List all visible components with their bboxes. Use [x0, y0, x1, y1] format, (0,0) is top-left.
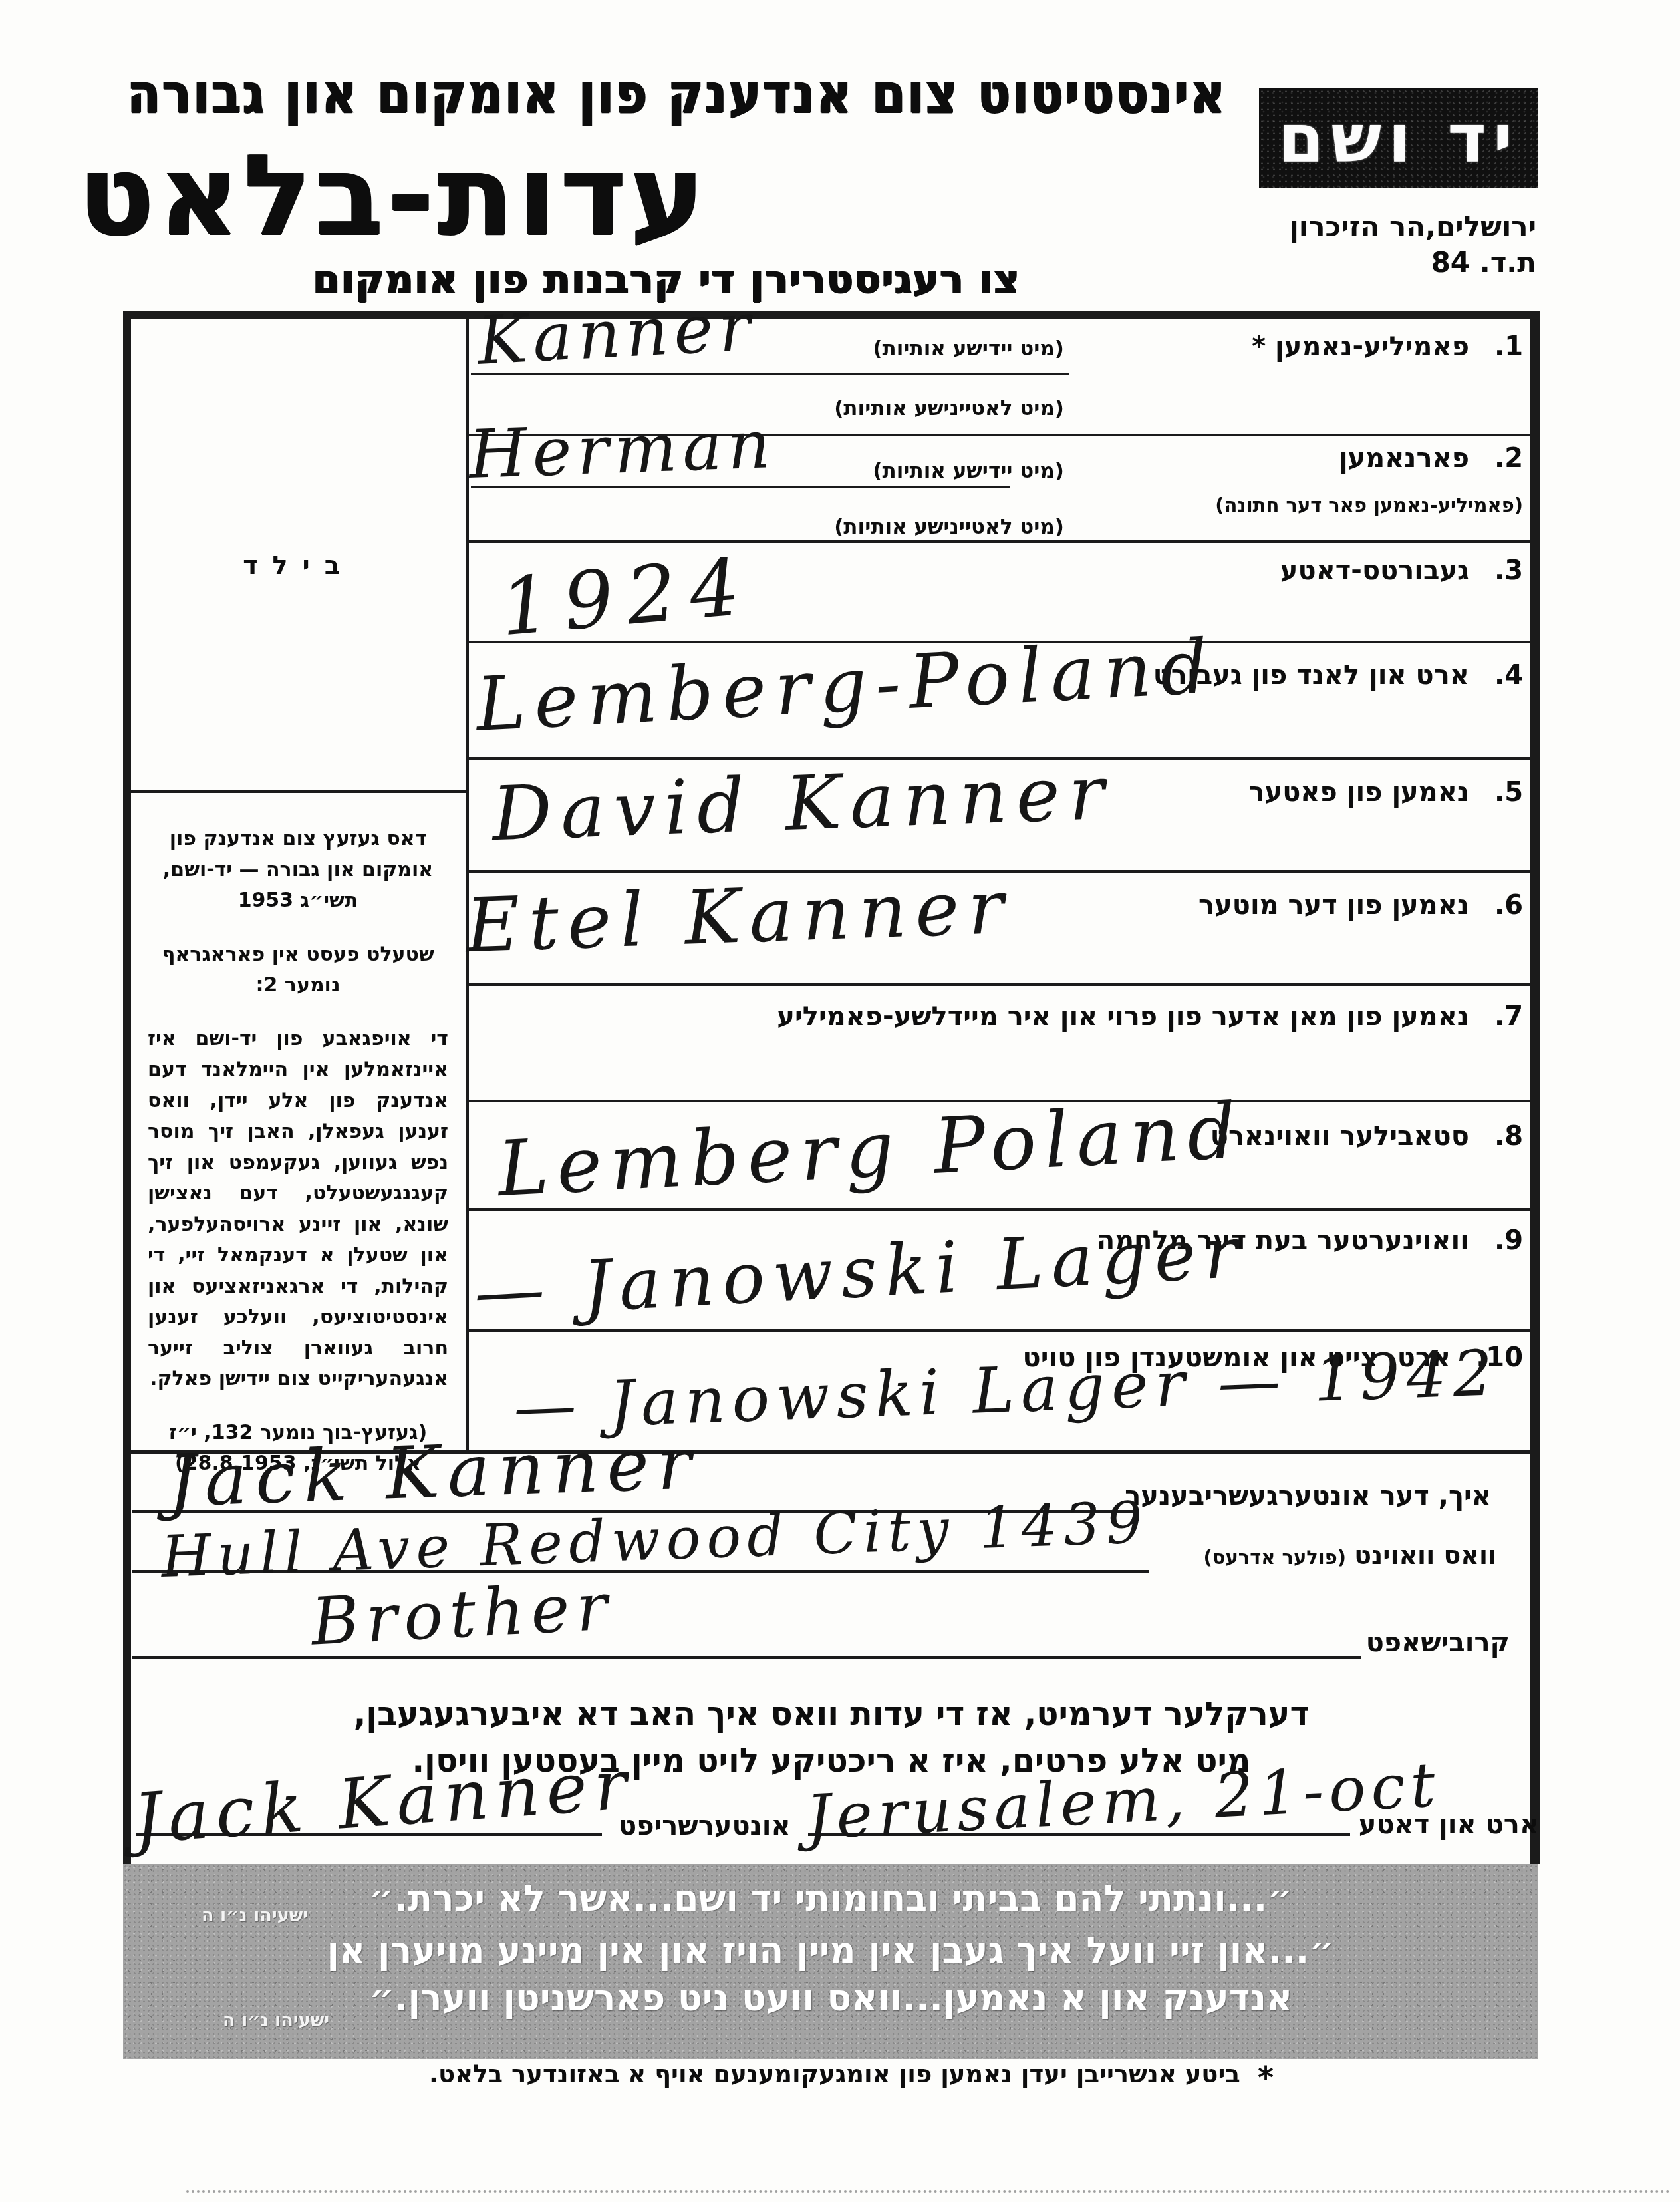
residence-label: וואס וואוינט (פולער אדרעס)	[1203, 1541, 1496, 1570]
relationship-label: קרובישאפט	[1366, 1627, 1510, 1658]
field-number: 2.	[1494, 443, 1523, 474]
field-number: 3.	[1494, 555, 1523, 586]
field-note-maiden-name: (פאמיליע-נאמען פאר דער חתונה)	[1215, 494, 1523, 516]
banner-verse-yiddish-1: ״...און זיי וועל איך געבן אין מיין הויז …	[123, 1929, 1538, 1971]
place-date-label: ארט און דאטע	[1359, 1809, 1539, 1840]
field-label-text: נאמען פון דער מוטער	[1198, 890, 1469, 921]
field-label-text: פארנאמען	[1339, 443, 1469, 474]
field-label-text: פאמיליע-נאמען *	[1252, 331, 1469, 362]
handwriting-relationship: Brother	[310, 1574, 616, 1655]
residence-label-note: (פולער אדרעס)	[1203, 1546, 1346, 1569]
handwriting-first-name: Herman	[468, 411, 776, 488]
field-label-first-name: 2. פארנאמען	[1339, 443, 1523, 474]
sidebar-paragraph-2: שטעלט פעסט אין פאראגראף נומער 2:	[148, 939, 448, 1001]
photo-box-bottom-line	[131, 790, 466, 793]
sidebar-legal-text: דאס געזעץ צום אנדענק פון אומקום און גבור…	[148, 824, 448, 1502]
field-label-text: געבורטס-דאטע	[1280, 555, 1469, 586]
residence-label-text: וואס וואוינט	[1354, 1541, 1496, 1570]
table-left-border	[123, 311, 131, 1864]
scan-edge-dotted-line	[186, 2190, 1671, 2193]
table-right-border	[1530, 311, 1540, 1864]
field-number: 5.	[1494, 777, 1523, 808]
page-title: עדות-בלאט	[78, 130, 708, 261]
undersigned-label: איך, דער אונטערגעשריבענער	[1125, 1481, 1491, 1511]
institute-line: אינסטיטוט צום אנדענק פון אומקום און גבור…	[80, 61, 1227, 126]
field-label-permanent-residence: 8. סטאבילער וואוינארט	[1210, 1121, 1523, 1152]
signature-label: אונטערשריפט	[619, 1811, 791, 1841]
footnote-text: ביטע אנשרייבן יעדן נאמען פון אומגעקומענע…	[429, 2060, 1240, 2088]
field-label-father-name: 5. נאמען פון פאטער	[1248, 777, 1523, 808]
field-number: 6.	[1494, 890, 1523, 921]
handwriting-family-name: Kanner	[476, 293, 758, 375]
handwriting-birth-date: 1924	[497, 547, 756, 647]
handwriting-submitter-name: Jack Kanner	[166, 1428, 700, 1518]
sublabel-latin-letters: (מיט לאטיינישע אותיות)	[834, 396, 1064, 420]
yad-vashem-logo-text: יד ושם	[1278, 100, 1520, 178]
scripture-banner: ״...ונתתי להם בביתי ובחומותי יד ושם...אש…	[123, 1864, 1538, 2059]
testimony-page-scan: אינסטיטוט צום אנדענק פון אומקום און גבור…	[0, 0, 1680, 2202]
field-number: 9.	[1494, 1225, 1523, 1256]
handwriting-wartime-residence: Janowski Lager —	[472, 1217, 1247, 1329]
handwriting-permanent-residence: Lemberg Poland	[496, 1093, 1246, 1209]
table-top-border	[123, 311, 1538, 319]
field-label-text: נאמען פון מאן אדער פון פרוי און איר מייד…	[777, 1001, 1469, 1032]
banner-verse-yiddish-2: אנדענק און א נאמען...וואס וועט ניט פארשנ…	[123, 1977, 1538, 2019]
field-number: 4.	[1494, 660, 1523, 691]
handwriting-father-name: David Kanner	[491, 756, 1114, 852]
declaration-line-1: דערקלער דערמיט, אז די עדות וואס איך האב …	[279, 1695, 1383, 1733]
sublabel-yiddish-letters: (מיט יידישע אותיות)	[873, 337, 1064, 361]
field-label-text: סטאבילער וואוינארט	[1210, 1121, 1469, 1152]
photo-column-divider	[466, 311, 469, 1452]
field-label-mother-name: 6. נאמען פון דער מוטער	[1198, 890, 1523, 921]
sublabel-yiddish-letters: (מיט יידישע אותיות)	[873, 459, 1064, 483]
sublabel-latin-letters: (מיט לאטיינישע אותיות)	[834, 515, 1064, 539]
row-divider	[469, 1329, 1533, 1332]
logo-address-line2: ת.ד. 84	[1244, 246, 1536, 279]
banner-verse-source-2: ישעיהו נ״ו ה	[223, 2010, 329, 2031]
logo-address-line1: ירושלים,הר הזיכרון	[1244, 210, 1536, 243]
field-label-family-name: 1. פאמיליע-נאמען *	[1252, 331, 1523, 362]
photo-box-label: בילד	[131, 551, 466, 580]
field-number: 1.	[1494, 331, 1523, 362]
field-label-spouse-name: 7. נאמען פון מאן אדער פון פרוי און איר מ…	[777, 1001, 1523, 1032]
sidebar-paragraph-3: די אויפגאבע פון יד-ושם איז איינזאמלען אי…	[148, 1024, 448, 1395]
field-number: 8.	[1494, 1121, 1523, 1152]
footnote: * ביטע אנשרייבן יעדן נאמען פון אומגעקומע…	[429, 2060, 1274, 2096]
handwriting-mother-name: Etel Kanner	[464, 870, 1013, 964]
yad-vashem-logo: יד ושם	[1259, 88, 1538, 188]
banner-verse-hebrew: ״...ונתתי להם בביתי ובחומותי יד ושם...אש…	[123, 1877, 1538, 1919]
banner-verse-source-1: ישעיהו נ״ו ה	[202, 1905, 308, 1926]
field-number: 7.	[1494, 1001, 1523, 1032]
row-divider	[469, 983, 1533, 986]
row-divider	[469, 540, 1533, 543]
field-label-birth-date: 3. געבורטס-דאטע	[1280, 555, 1523, 586]
handwriting-signature: Jack Kanner	[131, 1750, 635, 1853]
field-label-text: נאמען פון פאטער	[1248, 777, 1469, 808]
footnote-asterisk: *	[1258, 2060, 1274, 2096]
row-divider	[469, 1208, 1533, 1211]
sidebar-paragraph-1: דאס געזעץ צום אנדענק פון אומקום און גבור…	[148, 824, 448, 917]
